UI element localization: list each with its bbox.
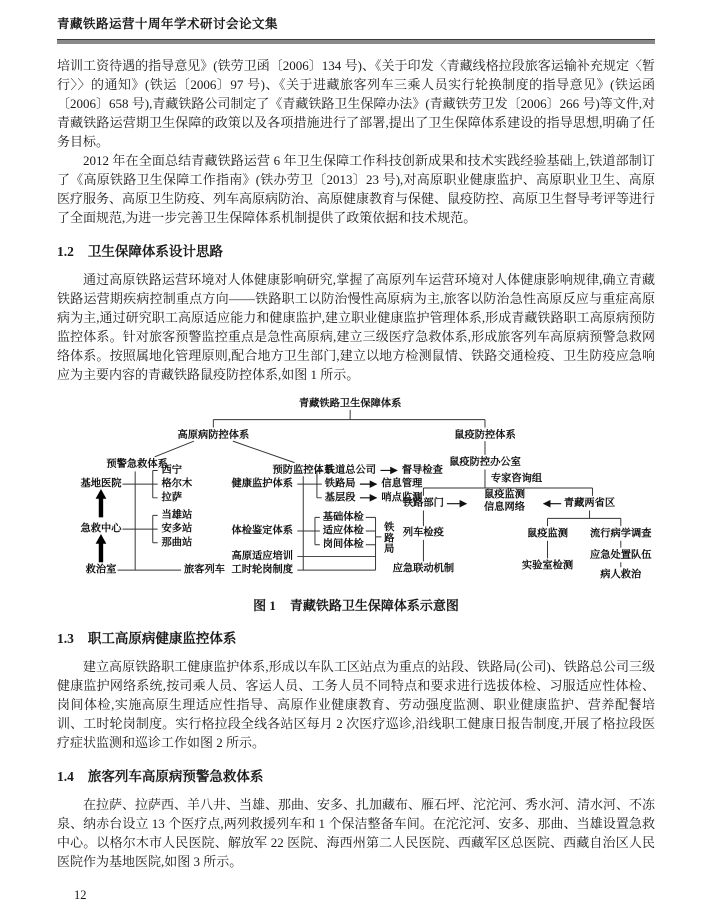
node-plague-monitoring: 鼠疫监测: [527, 526, 568, 539]
section-title: 卫生保障体系设计思路: [88, 244, 223, 259]
node-golmud: 格尔木: [162, 477, 194, 490]
page-footer: 12: [57, 888, 655, 903]
node-amdo-station: 安多站: [162, 522, 193, 535]
node-shift-rotation: 工时轮岗制度: [231, 563, 293, 576]
paragraph-design-idea: 通过高原铁路运营环境对人体健康影响研究,掌握了高原列车运营环境对人体健康影响规律…: [57, 270, 655, 384]
node-bureau-vertical-char1: 铁: [383, 521, 395, 534]
figure1-caption-label: 图 1: [253, 598, 276, 613]
page-number: 12: [74, 888, 87, 902]
node-plague-office: 鼠疫防控办公室: [449, 455, 522, 468]
figure1-caption-title: 青藏铁路卫生保障体系示意图: [290, 598, 459, 613]
node-epidemiology-survey: 流行病学调查: [590, 526, 652, 539]
node-expert-group: 专家咨询组: [491, 472, 543, 485]
up-arrow-head: [96, 534, 107, 544]
figure1-caption: 图 1青藏铁路卫生保障体系示意图: [57, 595, 655, 614]
node-bureau-vertical-char2: 路: [383, 531, 395, 544]
node-base-hospital: 基地医院: [80, 477, 122, 490]
node-patient-treatment: 病人救治: [599, 568, 642, 581]
node-info-management: 信息管理: [381, 477, 423, 490]
node-basic-checkup: 基础体检: [323, 510, 365, 523]
node-plateau-training: 高原适应培训: [231, 549, 293, 562]
paragraph-2012-guide: 2012 年在全面总结青藏铁路运营 6 年卫生保障工作科技创新成果和技术实践经验…: [57, 151, 655, 227]
node-railway-corp: 铁道总公司: [324, 463, 376, 476]
node-passenger-train: 旅客列车: [184, 563, 226, 576]
up-arrow-head: [96, 489, 107, 499]
node-adaptation-checkup: 适应体检: [323, 524, 365, 537]
node-plague-network-line2: 信息网络: [484, 500, 526, 513]
node-supervision-check: 督导检查: [402, 463, 444, 476]
figure1-org-chart: 青藏铁路卫生保障体系 高原病防控体系 鼠疫防控体系 预警急救体系 预防监控体系 …: [57, 394, 655, 586]
node-emergency-linkage: 应急联动机制: [393, 562, 455, 575]
journal-title: 青藏铁路运营十周年学术研讨会论文集: [57, 14, 655, 32]
paragraph-staff-health: 建立高原铁路职工健康监护体系,形成以车队工区站点为重点的站段、铁路局(公司)、铁…: [57, 657, 655, 752]
page-header: 青藏铁路运营十周年学术研讨会论文集: [57, 14, 655, 44]
figure-1: 青藏铁路卫生保障体系 高原病防控体系 鼠疫防控体系 预警急救体系 预防监控体系 …: [57, 394, 655, 614]
node-treatment-room: 救治室: [85, 563, 118, 576]
node-plague-system: 鼠疫防控体系: [454, 428, 516, 441]
paragraph-continued: 培训工资待遇的指导意见》(铁劳卫函〔2006〕134 号)、《关于印发〈青藏线格…: [57, 56, 655, 151]
node-railway-dept: 铁路部门: [402, 496, 444, 509]
section-number: 1.3: [57, 631, 74, 646]
page-body: 培训工资待遇的指导意见》(铁劳卫函〔2006〕134 号)、《关于印发〈青藏线格…: [57, 56, 655, 871]
paragraph-passenger-rescue: 在拉萨、拉萨西、羊八井、当雄、那曲、安多、扎加藏布、雁石坪、沱沱河、秀水河、清水…: [57, 795, 655, 871]
node-rescue-center: 急救中心: [80, 522, 122, 535]
section-heading-1-3: 1.3职工高原病健康监控体系: [57, 627, 655, 647]
node-railway-bureau: 铁路局: [324, 477, 356, 490]
section-heading-1-2: 1.2卫生保障体系设计思路: [57, 240, 655, 260]
header-rule: [57, 39, 655, 44]
node-xining: 西宁: [162, 463, 183, 476]
node-plateau-system: 高原病防控体系: [177, 428, 249, 441]
node-health-monitoring: 健康监护体系: [230, 477, 293, 490]
node-nagqu-station: 那曲站: [162, 535, 193, 548]
node-two-provinces: 青藏两省区: [564, 496, 616, 509]
node-lhasa: 拉萨: [162, 490, 183, 503]
node-damxung-station: 当雄站: [162, 508, 193, 521]
section-number: 1.4: [57, 769, 74, 784]
node-interval-checkup: 岗间体检: [323, 537, 365, 550]
node-bureau-vertical-char3: 局: [384, 542, 394, 555]
node-grassroots-section: 基层段: [325, 490, 357, 503]
node-train-quarantine: 列车检疫: [403, 525, 445, 538]
section-number: 1.2: [57, 244, 74, 259]
node-root: 青藏铁路卫生保障体系: [299, 397, 402, 410]
document-page: 青藏铁路运营十周年学术研讨会论文集 培训工资待遇的指导意见》(铁劳卫函〔2006…: [0, 0, 710, 920]
section-title: 旅客列车高原病预警急救体系: [88, 769, 264, 784]
node-emergency-team: 应急处置队伍: [590, 548, 652, 561]
node-checkup-system: 体检鉴定体系: [231, 524, 293, 537]
section-title: 职工高原病健康监控体系: [88, 631, 237, 646]
section-heading-1-4: 1.4旅客列车高原病预警急救体系: [57, 765, 655, 785]
node-warning-rescue: 预警急救体系: [106, 457, 168, 470]
node-plague-network-line1: 鼠疫监测: [484, 487, 525, 500]
node-lab-testing: 实验室检测: [522, 559, 573, 572]
